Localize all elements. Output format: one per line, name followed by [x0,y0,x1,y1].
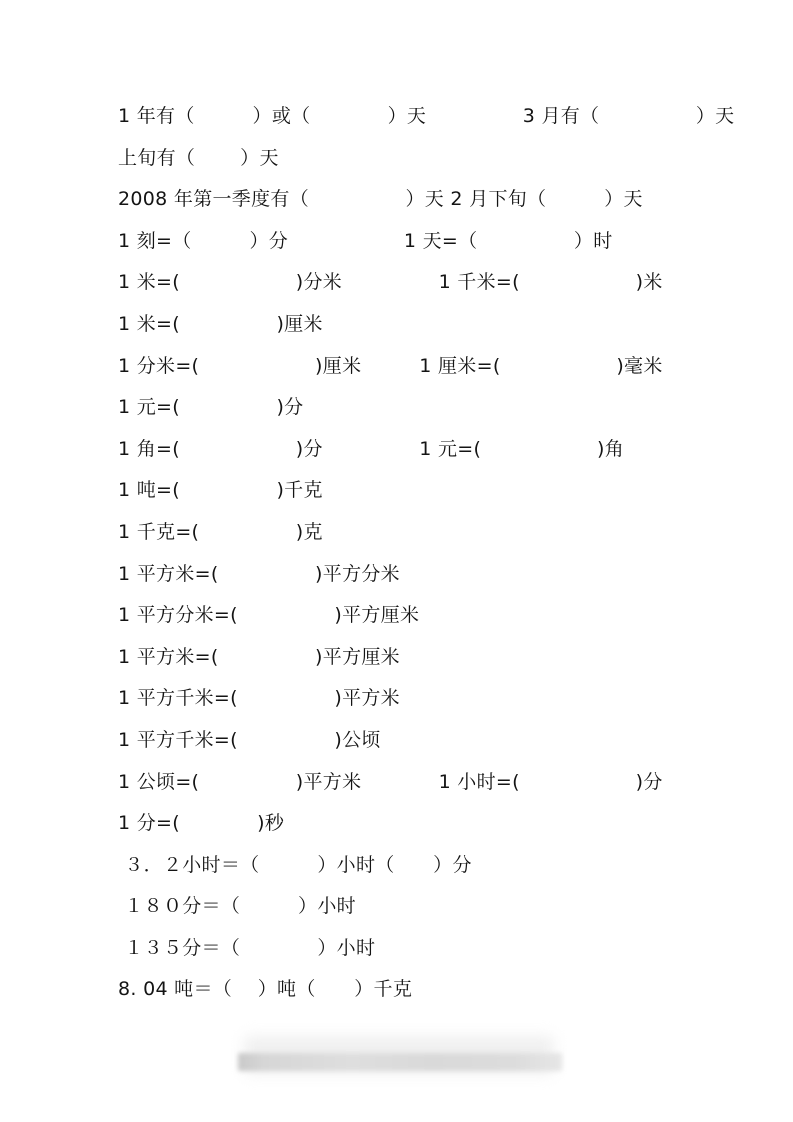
worksheet-line: 1 平方米=( )平方分米 [118,554,718,596]
worksheet-line: 1 平方分米=( )平方厘米 [118,595,718,637]
blurred-watermark-bar [238,1053,562,1071]
worksheet-line: 1 元=( )分 [118,387,718,429]
blurred-watermark-halo [244,1036,554,1074]
worksheet-line: 1 米=( )分米 1 千米=( )米 [118,262,718,304]
worksheet-line: 1 千克=( )克 [118,512,718,554]
worksheet-line: 1 分米=( )厘米 1 厘米=( )毫米 [118,346,718,388]
worksheet-body: 1 年有（ ）或（ ）天 3 月有（ ）天 上旬有（ ）天 2008 年第一季度… [118,96,718,1011]
worksheet-line: １８０分＝（ ）小时 [118,886,718,928]
worksheet-line: ３．２小时＝（ ）小时（ ）分 [118,845,718,887]
worksheet-line: 8. 04 吨＝（ ）吨（ ）千克 [118,969,718,1011]
worksheet-line: 1 平方千米=( )公顷 [118,720,718,762]
worksheet-line: 1 刻=（ ）分 1 天=（ ）时 [118,221,718,263]
worksheet-line: 1 平方千米=( )平方米 [118,678,718,720]
worksheet-line: 1 米=( )厘米 [118,304,718,346]
worksheet-line: １３５分＝（ ）小时 [118,928,718,970]
worksheet-line: 2008 年第一季度有（ ）天 2 月下旬（ ）天 [118,179,718,221]
worksheet-line: 1 分=( )秒 [118,803,718,845]
worksheet-line: 1 公顷=( )平方米 1 小时=( )分 [118,762,718,804]
worksheet-line: 1 角=( )分 1 元=( )角 [118,429,718,471]
worksheet-line: 1 平方米=( )平方厘米 [118,637,718,679]
worksheet-line: 上旬有（ ）天 [118,138,718,180]
blurred-watermark [238,1036,562,1080]
worksheet-line: 1 吨=( )千克 [118,470,718,512]
worksheet-page: 1 年有（ ）或（ ）天 3 月有（ ）天 上旬有（ ）天 2008 年第一季度… [0,0,793,1122]
worksheet-line: 1 年有（ ）或（ ）天 3 月有（ ）天 [118,96,718,138]
